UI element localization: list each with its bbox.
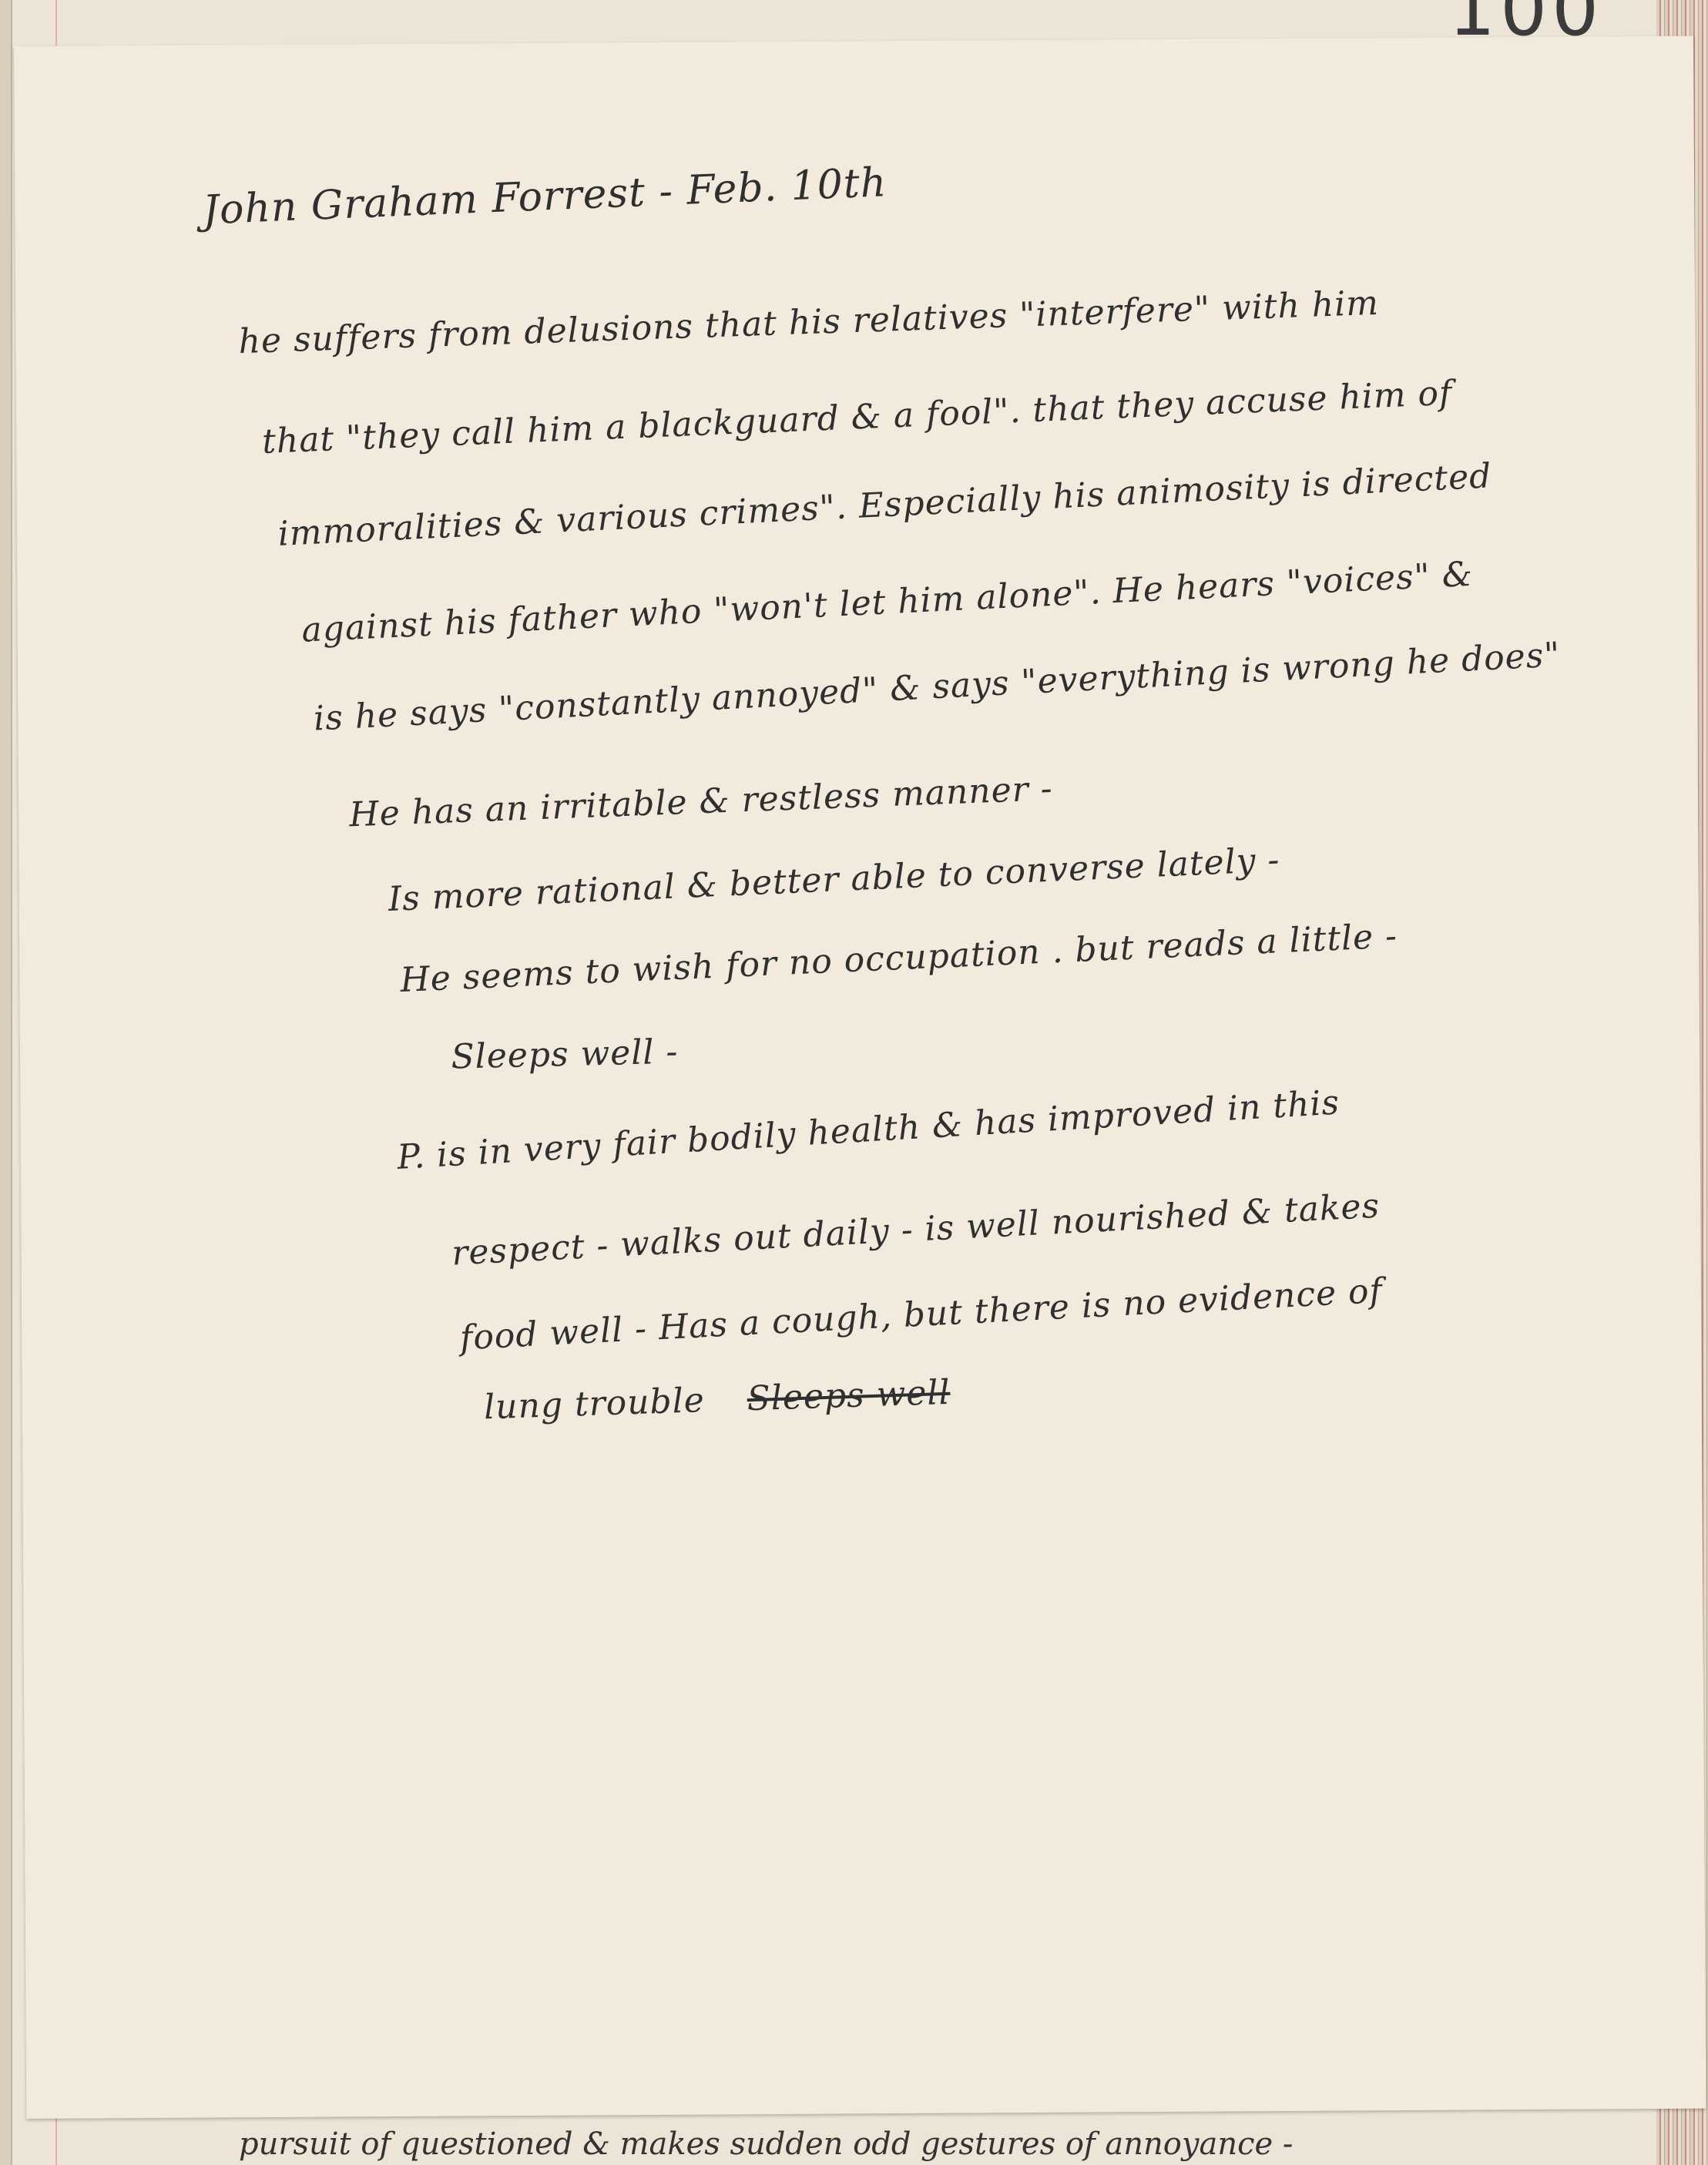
pasted-note-slip: John Graham Forrest - Feb. 10th he suffe… bbox=[14, 36, 1706, 2119]
note-line: respect - walks out daily - is well nour… bbox=[451, 1187, 1381, 1274]
note-line: he suffers from delusions that his relat… bbox=[238, 284, 1380, 361]
note-line: immoralities & various crimes". Especial… bbox=[277, 456, 1493, 554]
note-line: Is more rational & better able to conver… bbox=[388, 841, 1281, 919]
note-line: against his father who "won't let him al… bbox=[300, 555, 1474, 650]
note-heading: John Graham Forrest - Feb. 10th bbox=[202, 159, 888, 233]
ledger-left-edge bbox=[0, 0, 12, 2165]
note-line: that "they call him a blackguard & a foo… bbox=[261, 374, 1453, 462]
ledger-bottom-text: pursuit of questioned & makes sudden odd… bbox=[239, 2126, 1293, 2162]
note-line-text: lung trouble bbox=[483, 1381, 705, 1427]
note-line: P. is in very fair bodily health & has i… bbox=[396, 1082, 1341, 1177]
note-line: food well - Has a cough, but there is no… bbox=[459, 1271, 1384, 1358]
note-line: He has an irritable & restless manner - bbox=[348, 769, 1053, 834]
note-line: lung trouble Sleeps well bbox=[483, 1373, 951, 1428]
note-line: is he says "constantly annoyed" & says "… bbox=[313, 635, 1562, 738]
note-line: Sleeps well - bbox=[451, 1032, 679, 1077]
note-line: He seems to wish for no occupation . but… bbox=[399, 916, 1398, 1000]
struck-out-text: Sleeps well bbox=[747, 1373, 951, 1418]
